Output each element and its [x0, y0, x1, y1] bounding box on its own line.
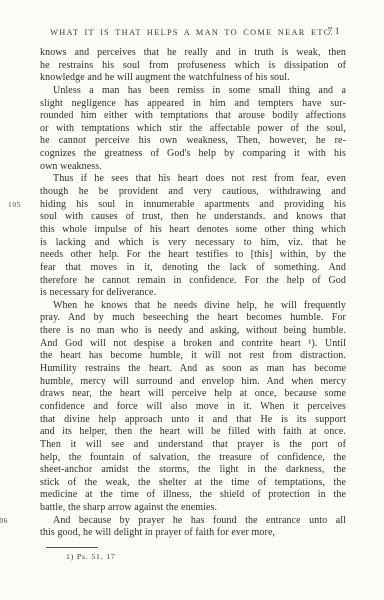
text-line: hiding his soul in innumerable apartment…: [40, 199, 346, 212]
text-line: medicine at the time of illness, the shi…: [40, 489, 346, 502]
text-line: When he knows that he needs divine help,…: [40, 300, 346, 313]
text-line: and its helper, then the heart will be f…: [40, 426, 346, 439]
footnote: 1) Ps. 51, 17: [66, 552, 116, 561]
text-line: this good, he will delight in prayer of …: [40, 527, 346, 540]
text-line: rounded him either with temptations that…: [40, 110, 346, 123]
page-header: WHAT IT IS THAT HELPS A MAN TO COME NEAR…: [0, 28, 384, 42]
text-line: stick of the weak, the shelter at the ti…: [40, 477, 346, 490]
text-line: cognizes the greatness of God's help by …: [40, 148, 346, 161]
book-page: WHAT IT IS THAT HELPS A MAN TO COME NEAR…: [0, 0, 384, 600]
margin-line-number: 106: [0, 516, 8, 526]
text-line: battle, the sharp arrow against the enem…: [40, 502, 346, 515]
text-line: own weakness.: [40, 161, 346, 174]
footnote-rule: [46, 547, 98, 548]
text-line: slight negligence has appeared in him an…: [40, 98, 346, 111]
text-line: there is no man who is needy and asking,…: [40, 325, 346, 338]
text-line: Then it will see and understand that pra…: [40, 439, 346, 452]
text-line: knowledge and he will augment the watchf…: [40, 72, 346, 85]
running-title: WHAT IT IS THAT HELPS A MAN TO COME NEAR…: [0, 28, 384, 37]
text-line: confidence and force will also move in i…: [40, 401, 346, 414]
text-line: Thus if he sees that his heart does not …: [40, 173, 346, 186]
text-line: sheet-anchor amidst the storms, the ligh…: [40, 464, 346, 477]
text-line: draws near, the heart will perceive help…: [40, 388, 346, 401]
text-line: this whole impulse of his heart denotes …: [40, 224, 346, 237]
text-line: is lacking and which is very necessary t…: [40, 237, 346, 250]
page-number: 71: [328, 27, 343, 37]
text-line: help, the fountain of salvation, the tre…: [40, 452, 346, 465]
margin-line-number: 105: [8, 200, 21, 210]
text-line: or with temptations which stir the affec…: [40, 123, 346, 136]
text-line: humble, mercy will surround and envelop …: [40, 376, 346, 389]
text-line: he restrains his soul from profuseness w…: [40, 60, 346, 73]
text-block: knows and perceives that he really and i…: [40, 47, 346, 540]
text-line: needs other help. For the heart testifie…: [40, 249, 346, 262]
text-line: that divine help approach unto it and th…: [40, 414, 346, 427]
text-line: fear that moves in it, denoting the lack…: [40, 262, 346, 275]
text-line: knows and perceives that he really and i…: [40, 47, 346, 60]
text-line: And because by prayer he has found the e…: [40, 515, 346, 528]
text-line: the heart has become humble, it will not…: [40, 350, 346, 363]
text-line: Unless a man has been remiss in some sma…: [40, 85, 346, 98]
text-line: though he be provident and very cautious…: [40, 186, 346, 199]
text-line: is necessary for deliverance.: [40, 287, 346, 300]
text-line: And God will not despise a broken and co…: [40, 338, 346, 351]
text-line: soul with causes of trust, then he under…: [40, 211, 346, 224]
text-line: therefore he cannot remain in confidence…: [40, 275, 346, 288]
text-line: pray. And by much beseeching the heart b…: [40, 312, 346, 325]
text-line: Humility restrains the heart. And as soo…: [40, 363, 346, 376]
text-line: he cannot perceive his own weakness, The…: [40, 135, 346, 148]
